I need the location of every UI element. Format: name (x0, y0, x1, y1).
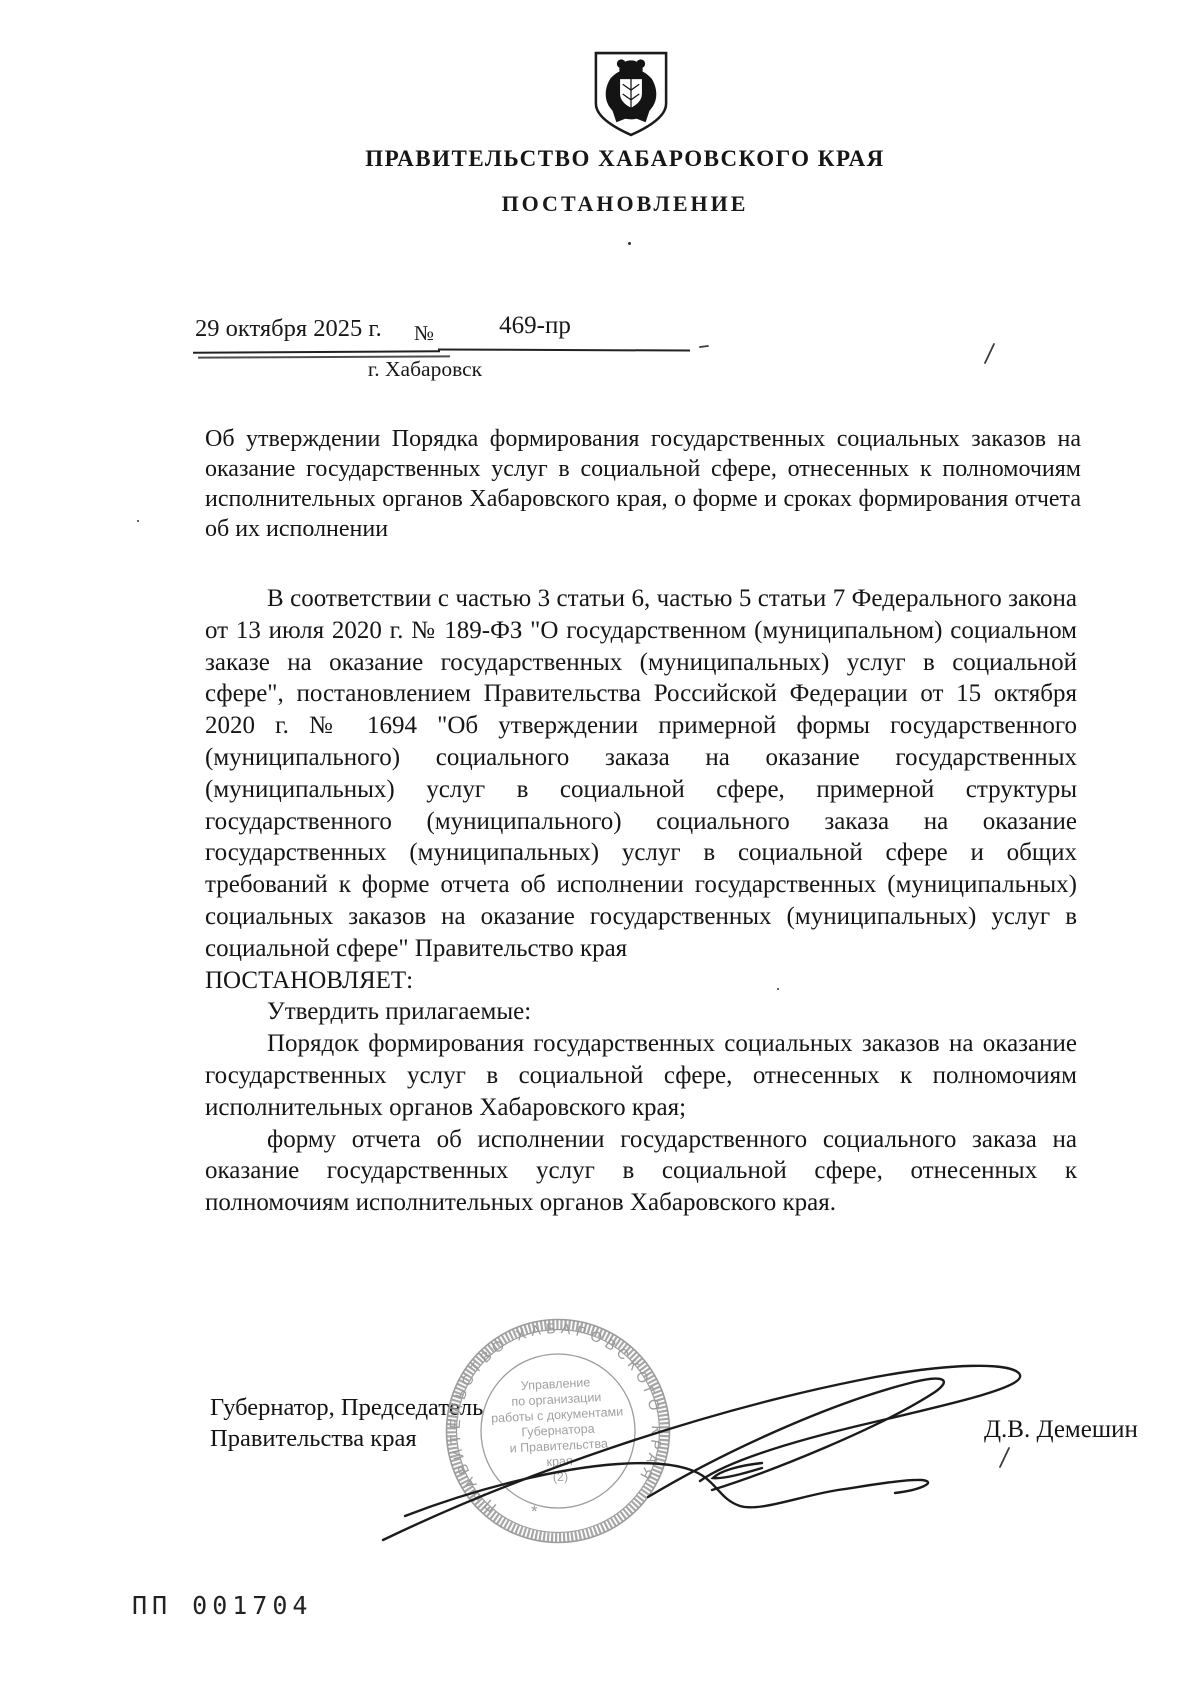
document-date: 29 октября 2025 г. (195, 315, 382, 343)
body-text: В соответствии с частью 3 статьи 6, част… (205, 583, 1077, 1219)
pen-dash-mark (700, 346, 708, 347)
body-paragraph-resolves: ПОСТАНОВЛЯЕТ: (205, 965, 1077, 997)
official-round-stamp: ПРАВИТЕЛЬСТВО ХАБАРОВСКОГО КРАЯ * Управл… (445, 1318, 671, 1544)
signer-name: Д.В. Демешин (984, 1416, 1138, 1444)
document-number: 469-пр (430, 312, 640, 340)
scan-speck (137, 520, 139, 522)
pen-slash-mark-bottom (1000, 1448, 1009, 1467)
body-paragraph: В соответствии с частью 3 статьи 6, част… (205, 583, 1077, 965)
date-underline (193, 350, 440, 354)
document-type-title: ПОСТАНОВЛЕНИЕ (180, 191, 1070, 217)
body-paragraph: форму отчета об исполнении государственн… (205, 1124, 1077, 1219)
stamp-center-line: (2) (552, 1470, 568, 1485)
scan-speck (777, 988, 779, 990)
organization-name: ПРАВИТЕЛЬСТВО ХАБАРОВСКОГО КРАЯ (180, 146, 1070, 172)
body-paragraph: Порядок формирования государственных соц… (205, 1028, 1077, 1123)
coat-of-arms-icon (592, 48, 670, 140)
body-paragraph: Утвердить прилагаемые: (205, 996, 1077, 1028)
stamp-center-line: работы с документами (491, 1405, 624, 1426)
stamp-center-line: Управление (520, 1375, 590, 1393)
form-blank-code: ПП 001704 (132, 1591, 312, 1620)
scan-speck (628, 242, 631, 245)
scanned-decree-page: ПРАВИТЕЛЬСТВО ХАБАРОВСКОГО КРАЯ ПОСТАНОВ… (0, 0, 1200, 1695)
stamp-center-text: Управление по организации работы с докум… (489, 1374, 627, 1488)
stamp-center-line: края (546, 1454, 573, 1469)
number-underline (438, 348, 690, 351)
stamp-star: * (531, 1502, 538, 1521)
stamp-center-line: и Правительства (509, 1436, 608, 1455)
pen-slash-mark-top (985, 344, 994, 363)
city-line: г. Хабаровск (300, 357, 550, 382)
subject-paragraph: Об утверждении Порядка формирования госу… (205, 424, 1081, 544)
